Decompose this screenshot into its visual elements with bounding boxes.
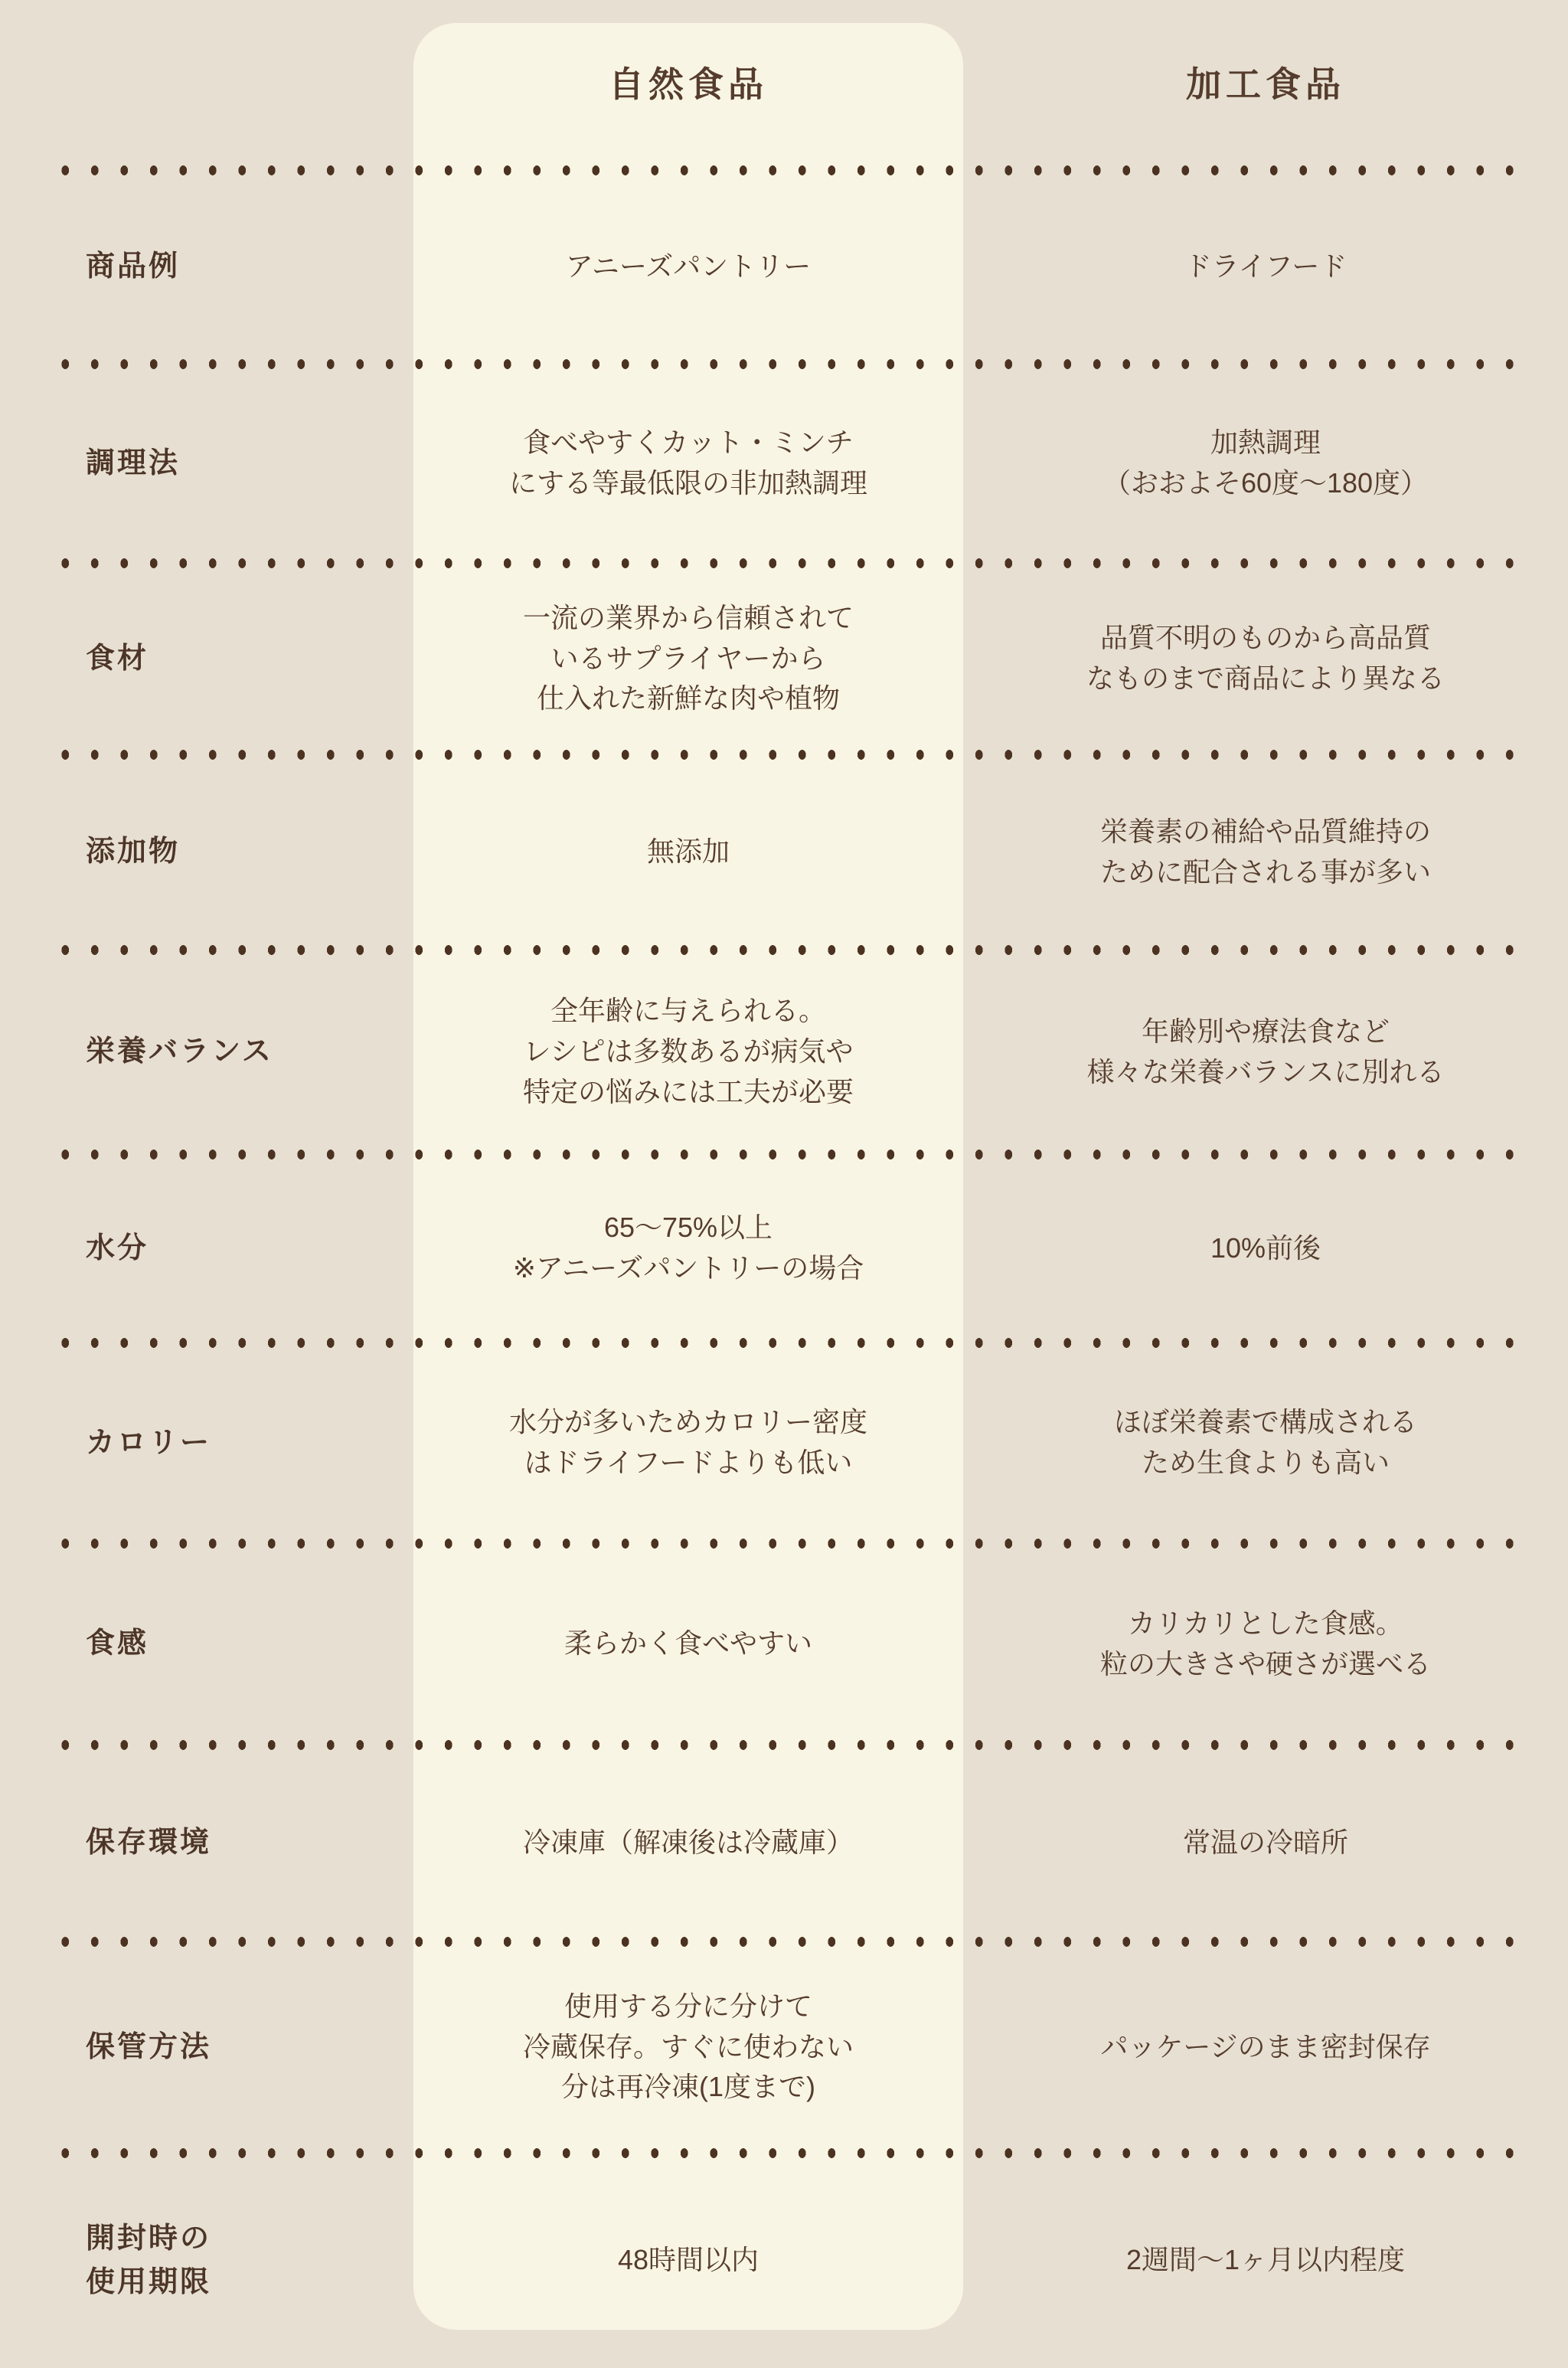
row-label: 食材 (0, 563, 413, 754)
cell-natural: 一流の業界から信頼されて いるサプライヤーから 仕入れた新鮮な肉や植物 (413, 563, 963, 754)
table-row: 栄養バランス 全年齢に与えられる。 レシピは多数あるが病気や 特定の悩みには工夫… (0, 950, 1568, 1154)
row-label: 調理法 (0, 364, 413, 563)
cell-processed: 品質不明のものから高品質 なものまで商品により異なる (963, 563, 1568, 754)
table-row: 調理法 食べやすくカット・ミンチ にする等最低限の非加熱調理 加熱調理 （おおよ… (0, 364, 1568, 563)
table-row: 食感 柔らかく食べやすい カリカリとした食感。 粒の大きさや硬さが選べる (0, 1543, 1568, 1745)
row-label: 保存環境 (0, 1745, 413, 1941)
dotted-separator (51, 2148, 1517, 2158)
cell-processed: 加熱調理 （おおよそ60度〜180度） (963, 364, 1568, 563)
cell-processed: 栄養素の補給や品質維持の ために配合される事が多い (963, 754, 1568, 950)
cell-processed: 10%前後 (963, 1154, 1568, 1343)
table-row: 食材 一流の業界から信頼されて いるサプライヤーから 仕入れた新鮮な肉や植物 品… (0, 563, 1568, 754)
table-row: カロリー 水分が多いためカロリー密度 はドライフードよりも低い ほぼ栄養素で構成… (0, 1343, 1568, 1543)
cell-natural: 柔らかく食べやすい (413, 1543, 963, 1745)
row-label: 添加物 (0, 754, 413, 950)
cell-processed: 2週間〜1ヶ月以内程度 (963, 2153, 1568, 2368)
row-label: 食感 (0, 1543, 413, 1745)
header-spacer (0, 0, 413, 170)
dotted-separator (51, 1937, 1517, 1947)
cell-natural: 65〜75%以上 ※アニーズパントリーの場合 (413, 1154, 963, 1343)
table-header-row: 自然食品 加工食品 (0, 0, 1568, 170)
cell-natural: 水分が多いためカロリー密度 はドライフードよりも低い (413, 1343, 963, 1543)
table-row: 商品例 アニーズパントリー ドライフード (0, 170, 1568, 364)
dotted-separator (51, 750, 1517, 760)
comparison-table: 自然食品 加工食品 商品例 アニーズパントリー ドライフード 調理法 食べやすく… (0, 0, 1568, 2368)
table-row: 添加物 無添加 栄養素の補給や品質維持の ために配合される事が多い (0, 754, 1568, 950)
comparison-infographic: 自然食品 加工食品 商品例 アニーズパントリー ドライフード 調理法 食べやすく… (0, 0, 1568, 2368)
row-label: カロリー (0, 1343, 413, 1543)
row-label: 保管方法 (0, 1941, 413, 2153)
dotted-separator (51, 1150, 1517, 1159)
table-row: 水分 65〜75%以上 ※アニーズパントリーの場合 10%前後 (0, 1154, 1568, 1343)
dotted-separator (51, 558, 1517, 568)
column-header-natural: 自然食品 (413, 0, 963, 170)
cell-natural: 食べやすくカット・ミンチ にする等最低限の非加熱調理 (413, 364, 963, 563)
dotted-separator (51, 1740, 1517, 1750)
cell-processed: パッケージのまま密封保存 (963, 1941, 1568, 2153)
cell-natural: 全年齢に与えられる。 レシピは多数あるが病気や 特定の悩みには工夫が必要 (413, 950, 963, 1154)
cell-natural: 無添加 (413, 754, 963, 950)
table-row: 開封時の 使用期限 48時間以内 2週間〜1ヶ月以内程度 (0, 2153, 1568, 2368)
cell-natural: 使用する分に分けて 冷蔵保存。すぐに使わない 分は再冷凍(1度まで) (413, 1941, 963, 2153)
cell-natural: アニーズパントリー (413, 170, 963, 364)
dotted-separator (51, 1539, 1517, 1549)
table-row: 保管方法 使用する分に分けて 冷蔵保存。すぐに使わない 分は再冷凍(1度まで) … (0, 1941, 1568, 2153)
dotted-separator (51, 945, 1517, 955)
cell-natural: 冷凍庫（解凍後は冷蔵庫） (413, 1745, 963, 1941)
row-label: 商品例 (0, 170, 413, 364)
row-label: 栄養バランス (0, 950, 413, 1154)
cell-processed: ドライフード (963, 170, 1568, 364)
column-header-processed: 加工食品 (963, 0, 1568, 170)
row-label: 開封時の 使用期限 (0, 2153, 413, 2368)
cell-processed: 常温の冷暗所 (963, 1745, 1568, 1941)
dotted-separator (51, 359, 1517, 369)
cell-processed: 年齢別や療法食など 様々な栄養バランスに別れる (963, 950, 1568, 1154)
cell-processed: ほぼ栄養素で構成される ため生食よりも高い (963, 1343, 1568, 1543)
table-row: 保存環境 冷凍庫（解凍後は冷蔵庫） 常温の冷暗所 (0, 1745, 1568, 1941)
cell-processed: カリカリとした食感。 粒の大きさや硬さが選べる (963, 1543, 1568, 1745)
dotted-separator (51, 1338, 1517, 1348)
dotted-separator (51, 165, 1517, 175)
cell-natural: 48時間以内 (413, 2153, 963, 2368)
row-label: 水分 (0, 1154, 413, 1343)
